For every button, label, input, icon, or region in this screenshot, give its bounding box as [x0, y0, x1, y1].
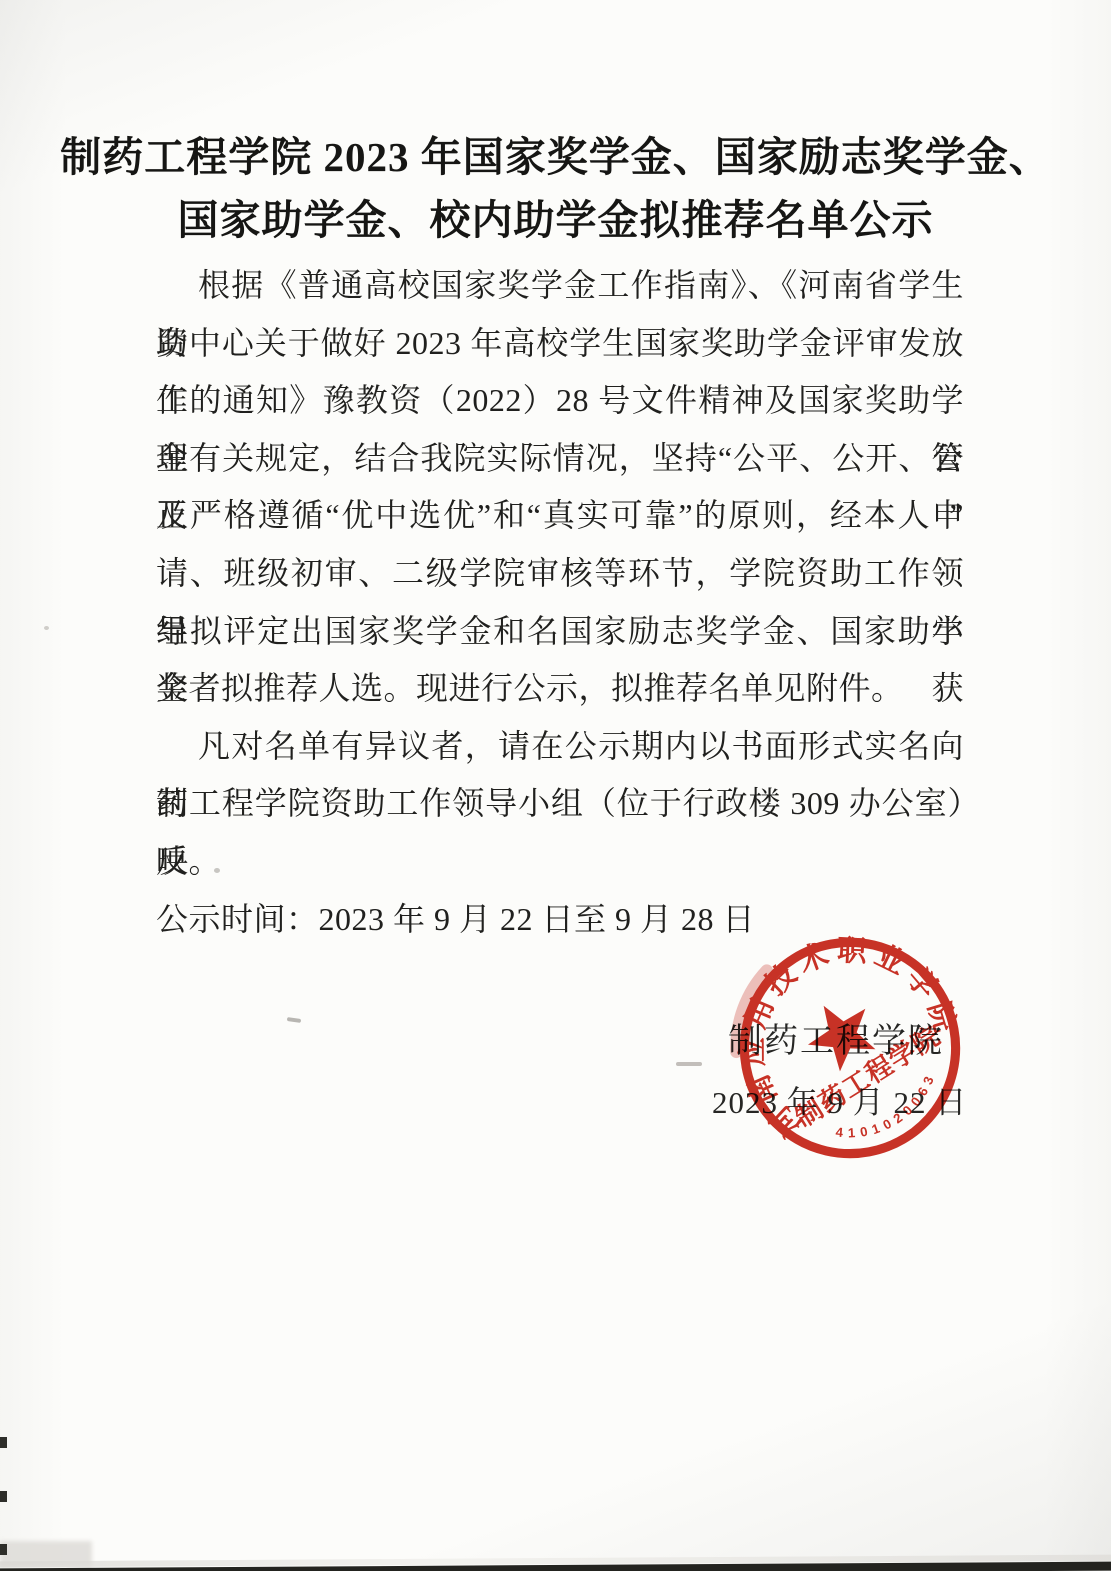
scan-mark	[676, 1062, 702, 1066]
scan-edge-tick	[0, 1437, 7, 1448]
body-line: 根据《普通高校国家奖学金工作指南》、《河南省学生资	[156, 257, 964, 315]
body-line: 凡对名单有异议者，请在公示期内以书面形式实名向制	[156, 718, 964, 776]
body-line: 组拟评定出国家奖学金和名国家励志奖学金、国家助学金获	[156, 603, 964, 661]
title-line-2: 国家助学金、校内助学金拟推荐名单公示	[0, 189, 1111, 252]
official-seal: 河南应用技术职业学院 制药工程学院 4101020063	[718, 916, 982, 1180]
scan-bottom-edge	[0, 1562, 1111, 1571]
document-body: 根据《普通高校国家奖学金工作指南》、《河南省学生资 助中心关于做好 2023 年…	[156, 257, 964, 948]
scan-bottom-smudge	[0, 1555, 1111, 1568]
body-line: 及严格遵循“优中选优”和“真实可靠”的原则，经本人申	[156, 487, 964, 545]
body-line: 药工程学院资助工作领导小组（位于行政楼 309 办公室）反	[156, 775, 964, 833]
scan-mark	[287, 1017, 301, 1023]
body-line: 助中心关于做好 2023 年高校学生国家奖助学金评审发放工	[156, 315, 964, 373]
title-line-1: 制药工程学院 2023 年国家奖学金、国家励志奖学金、	[0, 126, 1111, 189]
body-line: 作的通知》豫教资（2022）28 号文件精神及国家奖助学金管	[156, 372, 964, 430]
scan-corner-smudge	[0, 1541, 92, 1567]
body-line: 映。	[156, 833, 964, 891]
scan-edge-tick	[0, 1491, 7, 1502]
document-title: 制药工程学院 2023 年国家奖学金、国家励志奖学金、 国家助学金、校内助学金拟…	[0, 126, 1111, 252]
document-page: 制药工程学院 2023 年国家奖学金、国家励志奖学金、 国家助学金、校内助学金拟…	[0, 0, 1111, 1571]
body-line: 理有关规定，结合我院实际情况，坚持“公平、公开、公正”	[156, 430, 964, 488]
scan-speck	[44, 626, 49, 630]
body-line: 请、班级初审、二级学院审核等环节，学院资助工作领导小	[156, 545, 964, 603]
scan-edge-tick	[0, 1544, 7, 1555]
body-line: 奖者拟推荐人选。现进行公示，拟推荐名单见附件。	[156, 660, 964, 718]
